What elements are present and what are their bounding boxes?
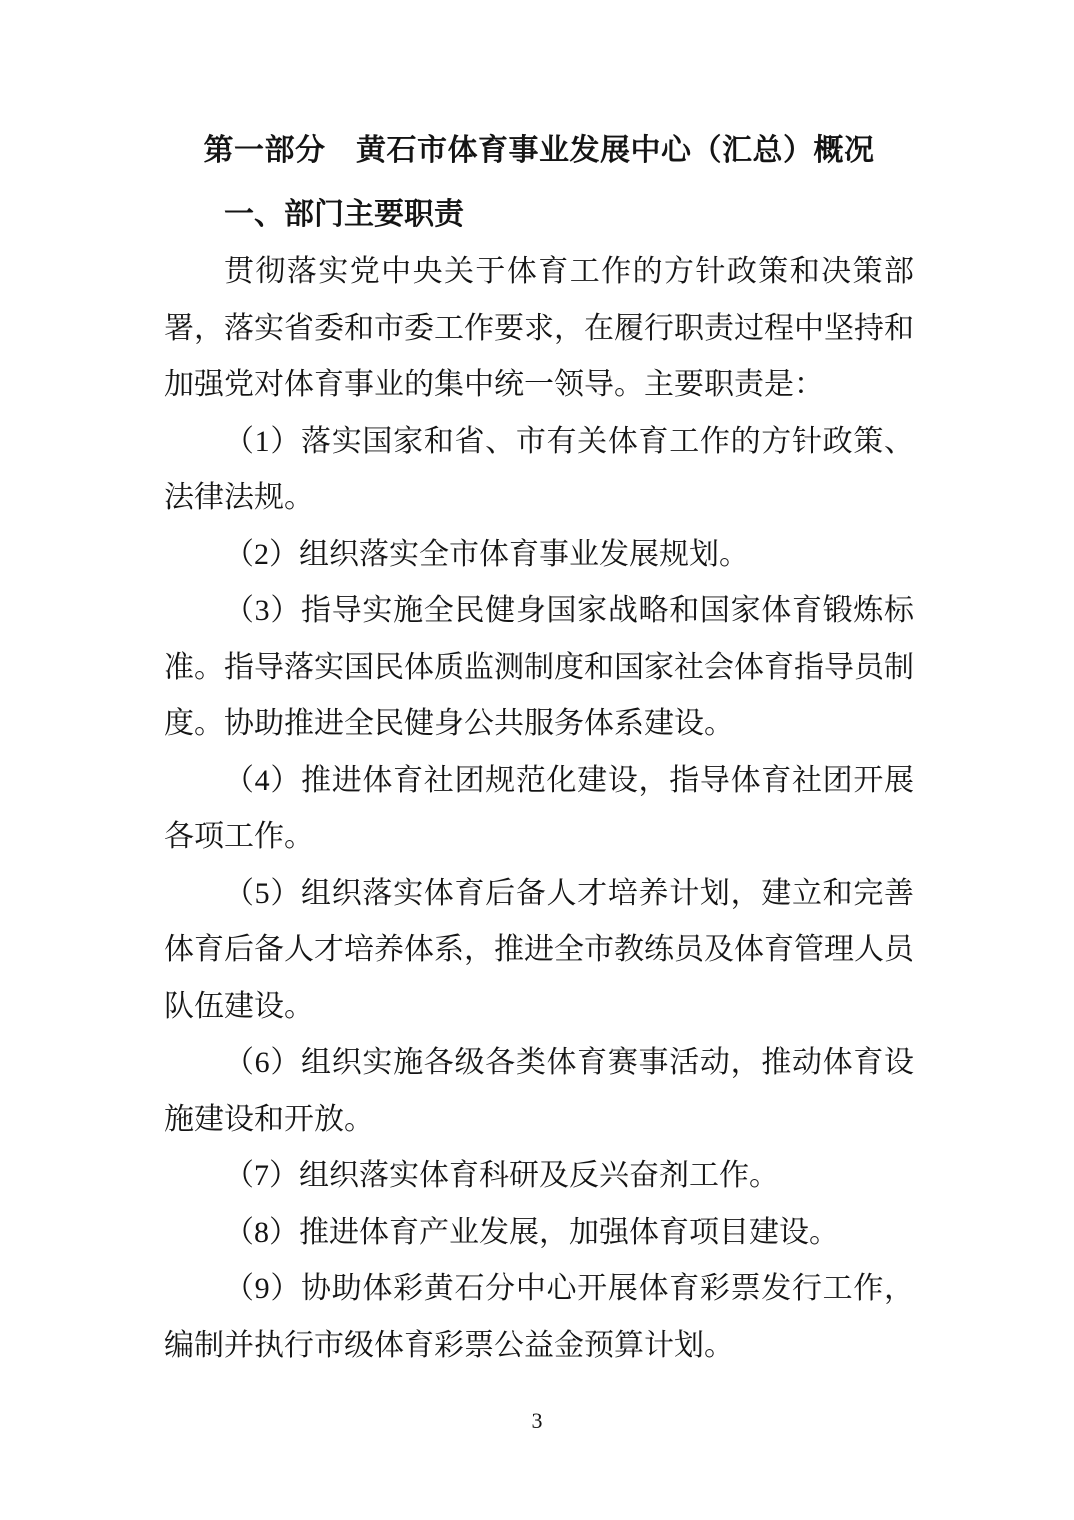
paragraph-item-1: （1）落实国家和省、市有关体育工作的方针政策、法律法规。 xyxy=(164,414,914,527)
paragraph-item-6: （6）组织实施各级各类体育赛事活动，推动体育设施建设和开放。 xyxy=(164,1035,914,1148)
paragraph-item-7: （7）组织落实体育科研及反兴奋剂工作。 xyxy=(164,1148,914,1205)
paragraph-item-3: （3）指导实施全民健身国家战略和国家体育锻炼标准。指导落实国民体质监测制度和国家… xyxy=(164,583,914,753)
section-heading: 一、部门主要职责 xyxy=(164,186,914,244)
paragraph-intro: 贯彻落实党中央关于体育工作的方针政策和决策部署，落实省委和市委工作要求，在履行职… xyxy=(164,244,914,414)
paragraph-item-2: （2）组织落实全市体育事业发展规划。 xyxy=(164,527,914,584)
paragraph-item-4: （4）推进体育社团规范化建设，指导体育社团开展各项工作。 xyxy=(164,753,914,866)
page-number: 3 xyxy=(0,1408,1074,1434)
document-title: 第一部分 黄石市体育事业发展中心（汇总）概况 xyxy=(164,122,914,180)
paragraph-item-9: （9）协助体彩黄石分中心开展体育彩票发行工作，编制并执行市级体育彩票公益金预算计… xyxy=(164,1261,914,1374)
document-page: 第一部分 黄石市体育事业发展中心（汇总）概况 一、部门主要职责 贯彻落实党中央关… xyxy=(0,0,1074,1520)
paragraph-item-5: （5）组织落实体育后备人才培养计划，建立和完善体育后备人才培养体系，推进全市教练… xyxy=(164,866,914,1036)
document-body: 贯彻落实党中央关于体育工作的方针政策和决策部署，落实省委和市委工作要求，在履行职… xyxy=(164,244,914,1374)
paragraph-item-8: （8）推进体育产业发展，加强体育项目建设。 xyxy=(164,1205,914,1262)
